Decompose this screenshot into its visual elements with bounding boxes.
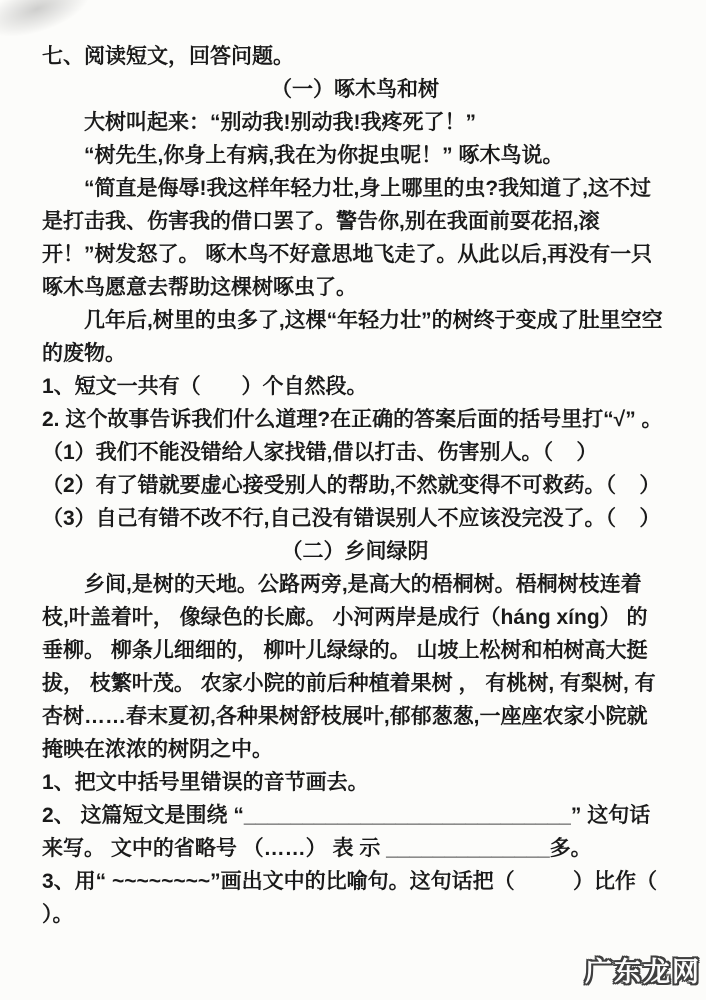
question-item: （3）自己有错不改不行,自己没有错误别人不应该没完没了。（ ）: [42, 502, 668, 535]
passage-paragraph: 几年后,树里的虫多了,这棵“年轻力壮”的树终于变成了肚里空空的废物。: [42, 304, 668, 370]
question-item: 1、短文一共有（ ）个自然段。: [42, 370, 668, 403]
passage-title: （一）啄木鸟和树: [42, 73, 668, 106]
passage-paragraph: “树先生,你身上有病,我在为你捉虫呢！” 啄木鸟说。: [42, 139, 668, 172]
question-item: 2. 这个故事告诉我们什么道理?在正确的答案后面的括号里打“√” 。: [42, 403, 668, 436]
watermark: 广东龙网: [585, 956, 701, 989]
question-item: （1）我们不能没错给人家找错,借以打击、伤害别人。（ ）: [42, 436, 668, 469]
passage-title: （二）乡间绿阴: [42, 535, 668, 568]
question-item: 1、把文中括号里错误的音节画去。: [42, 766, 668, 799]
passage-paragraph: “简直是侮辱!我这样年轻力壮,身上哪里的虫?我知道了,这不过是打击我、伤害我的借…: [42, 172, 668, 304]
passage-paragraph: 乡间,是树的天地。公路两旁,是高大的梧桐树。梧桐树枝连着枝,叶盖着叶， 像绿色的…: [42, 568, 668, 766]
worksheet-page: 七、阅读短文，回答问题。 （一）啄木鸟和树 大树叫起来：“别动我!别动我!我疼死…: [0, 0, 706, 1000]
section-heading: 七、阅读短文，回答问题。: [42, 40, 668, 73]
question-item: 3、用“ ~~~~~~~~”画出文中的比喻句。这句话把（ ）比作（ ）。: [42, 865, 668, 931]
passage-paragraph: 大树叫起来：“别动我!别动我!我疼死了！”: [42, 106, 668, 139]
question-item: 2、 这篇短文是围绕 “____________________________…: [42, 799, 668, 865]
question-item: （2）有了错就要虚心接受别人的帮助,不然就变得不可救药。（ ）: [42, 469, 668, 502]
